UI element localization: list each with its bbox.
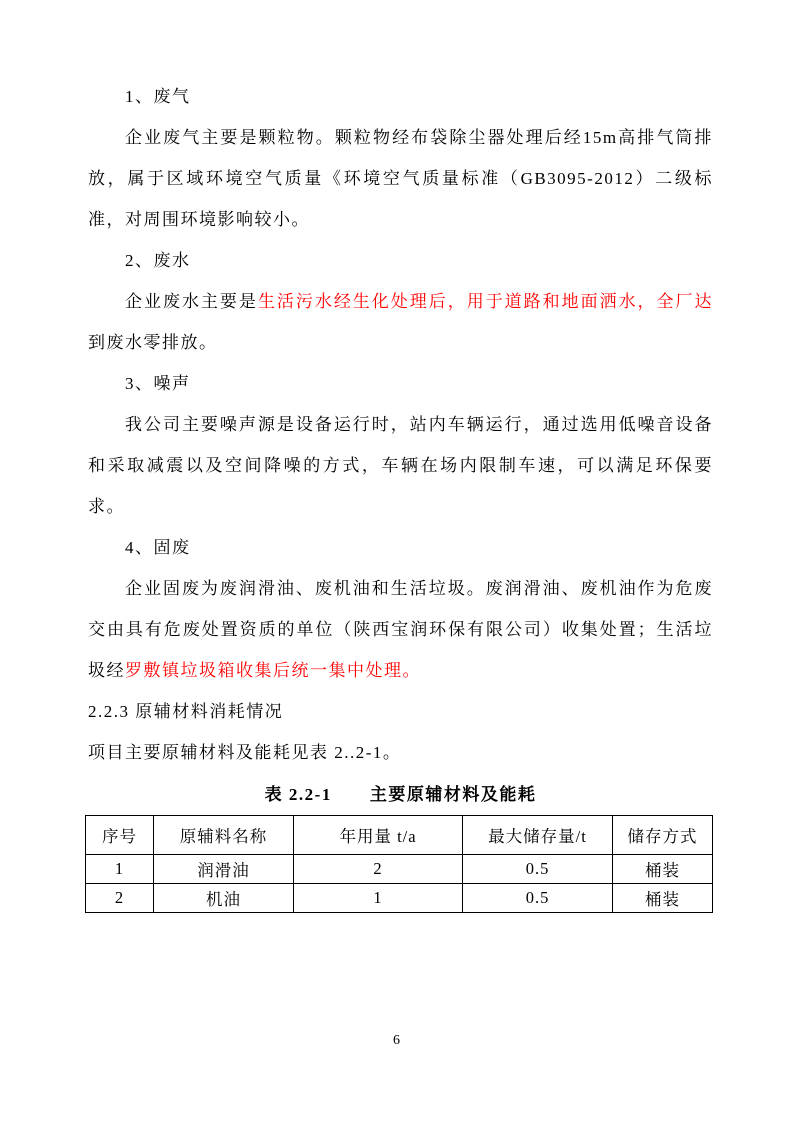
- solid-waste-text-red: 罗敷镇垃圾箱收集后统一集中处理。: [125, 661, 421, 680]
- header-cell-storage-method: 储存方式: [613, 816, 713, 855]
- section-heading-2-2-3: 2.2.3 原辅材料消耗情况: [88, 691, 713, 732]
- heading-solid-waste: 4、固废: [88, 527, 713, 568]
- header-cell-index: 序号: [86, 816, 154, 855]
- heading-waste-gas: 1、废气: [88, 76, 713, 117]
- cell-material-name: 润滑油: [154, 855, 294, 884]
- table-title-label: 表 2.2-1: [265, 785, 332, 804]
- cell-index: 1: [86, 855, 154, 884]
- paragraph-solid-waste: 企业固废为废润滑油、废机油和生活垃圾。废润滑油、废机油作为危废交由具有危废处置资…: [88, 568, 713, 691]
- waste-water-text-black-tail: 到废水零排放。: [88, 333, 218, 352]
- cell-index: 2: [86, 884, 154, 913]
- header-cell-material-name: 原辅料名称: [154, 816, 294, 855]
- table-header-row: 序号 原辅料名称 年用量 t/a 最大储存量/t 储存方式: [86, 816, 713, 855]
- heading-noise: 3、噪声: [88, 363, 713, 404]
- table-row: 1 润滑油 2 0.5 桶装: [86, 855, 713, 884]
- header-cell-max-storage: 最大储存量/t: [463, 816, 613, 855]
- table-title: 表 2.2-1主要原辅材料及能耗: [88, 774, 713, 815]
- cell-material-name: 机油: [154, 884, 294, 913]
- cell-max-storage: 0.5: [463, 855, 613, 884]
- materials-table: 序号 原辅料名称 年用量 t/a 最大储存量/t 储存方式 1 润滑油 2 0.…: [85, 815, 713, 913]
- page-number: 6: [0, 1033, 793, 1049]
- cell-storage-method: 桶装: [613, 884, 713, 913]
- heading-waste-water: 2、废水: [88, 240, 713, 281]
- document-body: 1、废气 企业废气主要是颗粒物。颗粒物经布袋除尘器处理后经15m高排气筒排放，属…: [88, 76, 713, 913]
- header-cell-annual-usage: 年用量 t/a: [294, 816, 463, 855]
- cell-max-storage: 0.5: [463, 884, 613, 913]
- table-title-text: 主要原辅材料及能耗: [370, 785, 537, 804]
- paragraph-table-reference: 项目主要原辅材料及能耗见表 2..2-1。: [88, 732, 713, 773]
- cell-storage-method: 桶装: [613, 855, 713, 884]
- paragraph-waste-water: 企业废水主要是生活污水经生化处理后，用于道路和地面洒水，全厂达到废水零排放。: [88, 281, 713, 363]
- waste-water-text-black-lead: 企业废水主要是: [125, 292, 258, 311]
- paragraph-waste-gas: 企业废气主要是颗粒物。颗粒物经布袋除尘器处理后经15m高排气筒排放，属于区域环境…: [88, 117, 713, 240]
- cell-annual-usage: 2: [294, 855, 463, 884]
- document-page: 1、废气 企业废气主要是颗粒物。颗粒物经布袋除尘器处理后经15m高排气筒排放，属…: [0, 0, 793, 1122]
- cell-annual-usage: 1: [294, 884, 463, 913]
- waste-water-text-red: 生活污水经生化处理后，用于道路和地面洒水，全厂达: [258, 292, 713, 311]
- table-row: 2 机油 1 0.5 桶装: [86, 884, 713, 913]
- paragraph-noise: 我公司主要噪声源是设备运行时，站内车辆运行，通过选用低噪音设备和采取减震以及空间…: [88, 404, 713, 527]
